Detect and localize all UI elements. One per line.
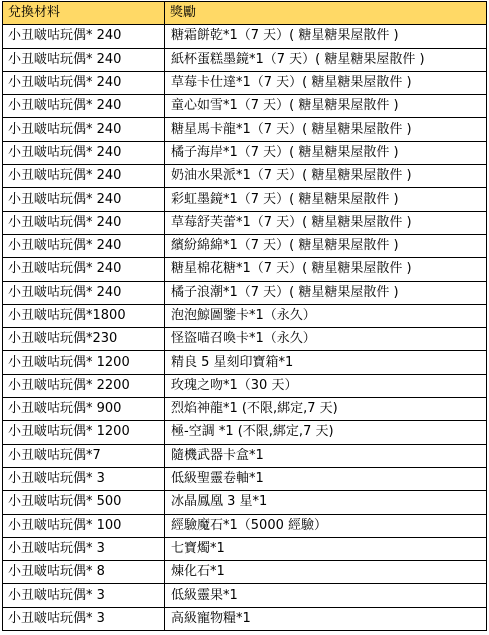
reward-cell: 繽紛綿綿*1（7 天）( 糖星糖果屋散件 )	[165, 234, 487, 257]
table-row: 小丑啵咕玩偶* 240奶油水果派*1（7 天）( 糖星糖果屋散件 )	[3, 165, 487, 188]
reward-cell: 橘子海岸*1（7 天）( 糖星糖果屋散件 )	[165, 141, 487, 164]
material-cell: 小丑啵咕玩偶* 240	[3, 48, 165, 71]
material-cell: 小丑啵咕玩偶* 1200	[3, 421, 165, 444]
reward-cell: 泡泡鯨圖鑒卡*1（永久）	[165, 304, 487, 327]
reward-cell: 草莓卡仕達*1（7 天）( 糖星糖果屋散件 )	[165, 71, 487, 94]
table-header-row: 兌換材料 獎勵	[3, 2, 487, 25]
material-cell: 小丑啵咕玩偶* 1200	[3, 351, 165, 374]
reward-cell: 隨機武器卡盒*1	[165, 444, 487, 467]
material-cell: 小丑啵咕玩偶* 240	[3, 95, 165, 118]
material-cell: 小丑啵咕玩偶* 240	[3, 165, 165, 188]
reward-cell: 精良 5 星刻印寶箱*1	[165, 351, 487, 374]
table-row: 小丑啵咕玩偶* 240繽紛綿綿*1（7 天）( 糖星糖果屋散件 )	[3, 234, 487, 257]
material-cell: 小丑啵咕玩偶* 240	[3, 141, 165, 164]
table-row: 小丑啵咕玩偶* 2200玫瑰之吻*1（30 天）	[3, 374, 487, 397]
material-cell: 小丑啵咕玩偶* 100	[3, 514, 165, 537]
table-row: 小丑啵咕玩偶* 240橘子海岸*1（7 天）( 糖星糖果屋散件 )	[3, 141, 487, 164]
reward-cell: 煉化石*1	[165, 561, 487, 584]
table-row: 小丑啵咕玩偶* 240糖霜餅乾*1（7 天）( 糖星糖果屋散件 )	[3, 25, 487, 48]
table-row: 小丑啵咕玩偶*230怪盜喵召喚卡*1（永久）	[3, 328, 487, 351]
reward-cell: 冰晶鳳凰 3 星*1	[165, 491, 487, 514]
table-row: 小丑啵咕玩偶*1800泡泡鯨圖鑒卡*1（永久）	[3, 304, 487, 327]
table-row: 小丑啵咕玩偶* 240草莓舒芙蕾*1（7 天）( 糖星糖果屋散件 )	[3, 211, 487, 234]
header-material: 兌換材料	[3, 2, 165, 25]
material-cell: 小丑啵咕玩偶*1800	[3, 304, 165, 327]
table-row: 小丑啵咕玩偶* 240童心如雪*1（7 天）( 糖星糖果屋散件 )	[3, 95, 487, 118]
table-row: 小丑啵咕玩偶* 3低級聖靈卷軸*1	[3, 467, 487, 490]
material-cell: 小丑啵咕玩偶*7	[3, 444, 165, 467]
table-row: 小丑啵咕玩偶* 240彩虹墨鏡*1（7 天）( 糖星糖果屋散件 )	[3, 188, 487, 211]
reward-cell: 糖星馬卡龍*1（7 天）( 糖星糖果屋散件 )	[165, 118, 487, 141]
reward-cell: 經驗魔石*1（5000 經驗）	[165, 514, 487, 537]
reward-cell: 糖霜餅乾*1（7 天）( 糖星糖果屋散件 )	[165, 25, 487, 48]
reward-cell: 橘子浪潮*1（7 天）( 糖星糖果屋散件 )	[165, 281, 487, 304]
reward-cell: 童心如雪*1（7 天）( 糖星糖果屋散件 )	[165, 95, 487, 118]
material-cell: 小丑啵咕玩偶* 240	[3, 118, 165, 141]
table-row: 小丑啵咕玩偶* 240紙杯蛋糕墨鏡*1（7 天）( 糖星糖果屋散件 )	[3, 48, 487, 71]
material-cell: 小丑啵咕玩偶*230	[3, 328, 165, 351]
material-cell: 小丑啵咕玩偶* 3	[3, 467, 165, 490]
reward-cell: 玫瑰之吻*1（30 天）	[165, 374, 487, 397]
material-cell: 小丑啵咕玩偶* 240	[3, 234, 165, 257]
table-row: 小丑啵咕玩偶* 240糖星棉花糖*1（7 天）( 糖星糖果屋散件 )	[3, 258, 487, 281]
reward-cell: 奶油水果派*1（7 天）( 糖星糖果屋散件 )	[165, 165, 487, 188]
reward-cell: 極-空調 *1 (不限,綁定,7 天)	[165, 421, 487, 444]
header-reward: 獎勵	[165, 2, 487, 25]
reward-cell: 糖星棉花糖*1（7 天）( 糖星糖果屋散件 )	[165, 258, 487, 281]
material-cell: 小丑啵咕玩偶* 240	[3, 188, 165, 211]
material-cell: 小丑啵咕玩偶* 240	[3, 25, 165, 48]
material-cell: 小丑啵咕玩偶* 240	[3, 258, 165, 281]
material-cell: 小丑啵咕玩偶* 500	[3, 491, 165, 514]
table-body: 小丑啵咕玩偶* 240糖霜餅乾*1（7 天）( 糖星糖果屋散件 ) 小丑啵咕玩偶…	[3, 25, 487, 631]
table-row: 小丑啵咕玩偶* 240橘子浪潮*1（7 天）( 糖星糖果屋散件 )	[3, 281, 487, 304]
reward-cell: 七寶燭*1	[165, 537, 487, 560]
table-row: 小丑啵咕玩偶* 1200精良 5 星刻印寶箱*1	[3, 351, 487, 374]
table-row: 小丑啵咕玩偶* 3低級靈果*1	[3, 584, 487, 607]
table-row: 小丑啵咕玩偶* 100經驗魔石*1（5000 經驗）	[3, 514, 487, 537]
reward-cell: 怪盜喵召喚卡*1（永久）	[165, 328, 487, 351]
material-cell: 小丑啵咕玩偶* 240	[3, 211, 165, 234]
reward-cell: 高級寵物糧*1	[165, 607, 487, 630]
material-cell: 小丑啵咕玩偶* 8	[3, 561, 165, 584]
table-row: 小丑啵咕玩偶* 8煉化石*1	[3, 561, 487, 584]
material-cell: 小丑啵咕玩偶* 3	[3, 584, 165, 607]
reward-cell: 草莓舒芙蕾*1（7 天）( 糖星糖果屋散件 )	[165, 211, 487, 234]
table-row: 小丑啵咕玩偶* 900烈焰神龍*1 (不限,綁定,7 天)	[3, 398, 487, 421]
table-row: 小丑啵咕玩偶* 500冰晶鳳凰 3 星*1	[3, 491, 487, 514]
material-cell: 小丑啵咕玩偶* 2200	[3, 374, 165, 397]
material-cell: 小丑啵咕玩偶* 3	[3, 607, 165, 630]
table-row: 小丑啵咕玩偶* 240糖星馬卡龍*1（7 天）( 糖星糖果屋散件 )	[3, 118, 487, 141]
table-row: 小丑啵咕玩偶*7隨機武器卡盒*1	[3, 444, 487, 467]
reward-cell: 烈焰神龍*1 (不限,綁定,7 天)	[165, 398, 487, 421]
table-row: 小丑啵咕玩偶* 1200極-空調 *1 (不限,綁定,7 天)	[3, 421, 487, 444]
material-cell: 小丑啵咕玩偶* 900	[3, 398, 165, 421]
table-row: 小丑啵咕玩偶* 3七寶燭*1	[3, 537, 487, 560]
reward-cell: 低級靈果*1	[165, 584, 487, 607]
table-row: 小丑啵咕玩偶* 240草莓卡仕達*1（7 天）( 糖星糖果屋散件 )	[3, 71, 487, 94]
reward-cell: 低級聖靈卷軸*1	[165, 467, 487, 490]
material-cell: 小丑啵咕玩偶* 240	[3, 281, 165, 304]
table-row: 小丑啵咕玩偶* 3高級寵物糧*1	[3, 607, 487, 630]
exchange-reward-table: 兌換材料 獎勵 小丑啵咕玩偶* 240糖霜餅乾*1（7 天）( 糖星糖果屋散件 …	[2, 1, 487, 631]
material-cell: 小丑啵咕玩偶* 3	[3, 537, 165, 560]
reward-cell: 彩虹墨鏡*1（7 天）( 糖星糖果屋散件 )	[165, 188, 487, 211]
reward-cell: 紙杯蛋糕墨鏡*1（7 天）( 糖星糖果屋散件 )	[165, 48, 487, 71]
material-cell: 小丑啵咕玩偶* 240	[3, 71, 165, 94]
